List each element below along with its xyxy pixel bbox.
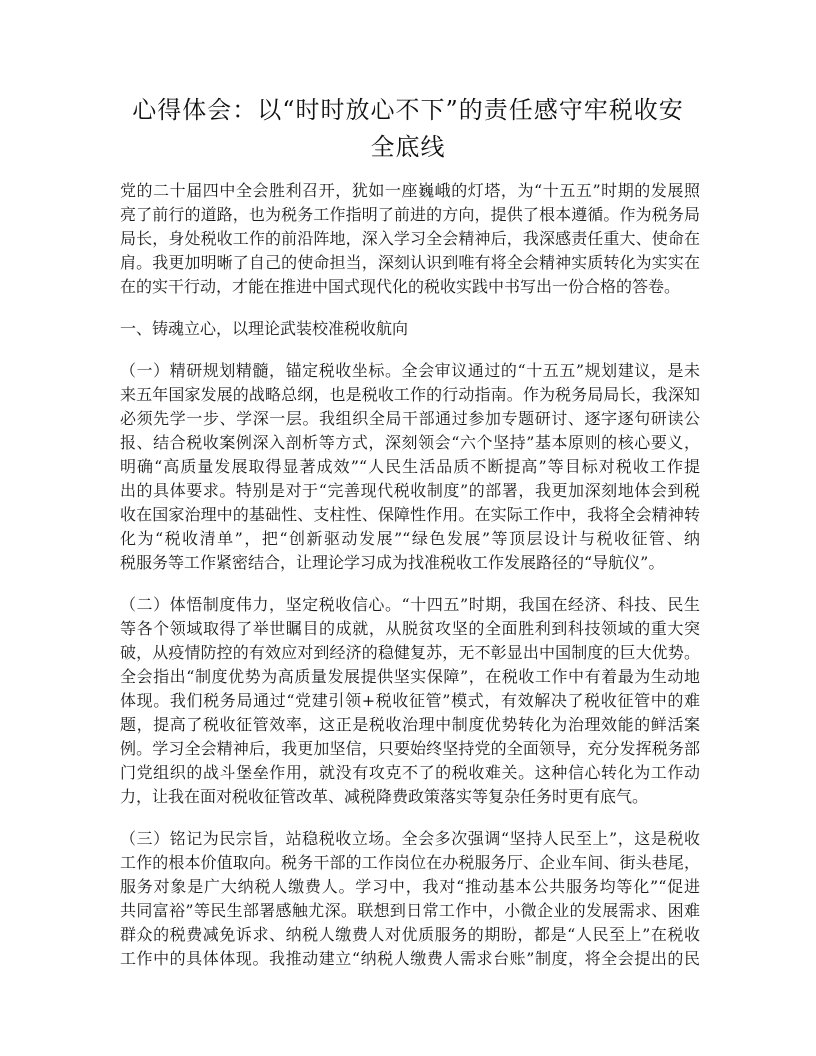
text-line: 破，从疫情防控的有效应对到经济的稳健复苏，无不彰显出中国制度的巨大优势。 (120, 641, 700, 665)
title-line-2: 全底线 (100, 129, 716, 166)
text-line: 力，让我在面对税收征管改革、减税降费政策落实等复杂任务时更有底气。 (120, 785, 700, 809)
text-line: 明确“高质量发展取得显著成效”“人民生活品质不断提高”等目标对税收工作提 (120, 455, 700, 479)
document-title: 心得体会：以“时时放心不下”的责任感守牢税收安 全底线 (100, 92, 716, 166)
text-line: 在的实干行动，才能在推进中国式现代化的税收实践中书写出一份合格的答卷。 (120, 275, 700, 299)
text-line: 出的具体要求。特别是对于“完善现代税收制度”的部署，我更加深刻地体会到税 (120, 479, 700, 503)
text-line: 门党组织的战斗堡垒作用，就没有攻克不了的税收难关。这种信心转化为工作动 (120, 761, 700, 785)
text-line: 共同富裕”等民生部署感触尤深。联想到日常工作中，小微企业的发展需求、困难 (120, 899, 700, 923)
text-line: 群众的税费减免诉求、纳税人缴费人对优质服务的期盼，都是“人民至上”在税收 (120, 923, 700, 947)
text-line: （二）体悟制度伟力，坚定税收信心。“十四五”时期，我国在经济、科技、民生 (120, 593, 700, 617)
text-line: （一）精研规划精髓，锚定税收坐标。全会审议通过的“十五五”规划建议，是未 (120, 359, 700, 383)
subsection-paragraph-1: （一）精研规划精髓，锚定税收坐标。全会审议通过的“十五五”规划建议，是未 来五年… (120, 359, 700, 575)
text-line: 题，提高了税收征管效率，这正是税收治理中制度优势转化为治理效能的鲜活案 (120, 713, 700, 737)
text-line: 必须先学一步、学深一层。我组织全局干部通过参加专题研讨、逐字逐句研读公 (120, 407, 700, 431)
text-line: 亮了前行的道路，也为税务工作指明了前进的方向，提供了根本遵循。作为税务局 (120, 203, 700, 227)
text-line: 体现。我们税务局通过“党建引领+税收征管”模式，有效解决了税收征管中的难 (120, 689, 700, 713)
text-line: 局长，身处税收工作的前沿阵地，深入学习全会精神后，我深感责任重大、使命在 (120, 227, 700, 251)
text-line: 全会指出“制度优势为高质量发展提供坚实保障”，在税收工作中有着最为生动地 (120, 665, 700, 689)
text-line: 工作中的具体体现。我推动建立“纳税人缴费人需求台账”制度，将全会提出的民 (120, 947, 700, 971)
title-line-1: 心得体会：以“时时放心不下”的责任感守牢税收安 (100, 92, 716, 129)
subsection-paragraph-2: （二）体悟制度伟力，坚定税收信心。“十四五”时期，我国在经济、科技、民生 等各个… (120, 593, 700, 809)
intro-paragraph: 党的二十届四中全会胜利召开，犹如一座巍峨的灯塔，为“十五五”时期的发展照 亮了前… (120, 179, 700, 299)
text-line: （三）铭记为民宗旨，站稳税收立场。全会多次强调“坚持人民至上”，这是税收 (120, 827, 700, 851)
text-line: 工作的根本价值取向。税务干部的工作岗位在办税服务厅、企业车间、街头巷尾， (120, 851, 700, 875)
text-line: 收在国家治理中的基础性、支柱性、保障性作用。在实际工作中，我将全会精神转 (120, 503, 700, 527)
document-body: 党的二十届四中全会胜利召开，犹如一座巍峨的灯塔，为“十五五”时期的发展照 亮了前… (120, 179, 700, 989)
text-line: 税服务等工作紧密结合，让理论学习成为找准税收工作发展路径的“导航仪”。 (120, 551, 700, 575)
text-line: 肩。我更加明晰了自己的使命担当，深刻认识到唯有将全会精神实质转化为实实在 (120, 251, 700, 275)
text-line: 化为“税收清单”，把“创新驱动发展”“绿色发展”等顶层设计与税收征管、纳 (120, 527, 700, 551)
section-heading-1: 一、铸魂立心，以理论武装校准税收航向 (120, 317, 700, 341)
text-line: 来五年国家发展的战略总纲，也是税收工作的行动指南。作为税务局局长，我深知 (120, 383, 700, 407)
heading-text: 一、铸魂立心，以理论武装校准税收航向 (120, 317, 700, 341)
text-line: 例。学习全会精神后，我更加坚信，只要始终坚持党的全面领导，充分发挥税务部 (120, 737, 700, 761)
text-line: 党的二十届四中全会胜利召开，犹如一座巍峨的灯塔，为“十五五”时期的发展照 (120, 179, 700, 203)
text-line: 服务对象是广大纳税人缴费人。学习中，我对“推动基本公共服务均等化”“促进 (120, 875, 700, 899)
subsection-paragraph-3: （三）铭记为民宗旨，站稳税收立场。全会多次强调“坚持人民至上”，这是税收 工作的… (120, 827, 700, 971)
text-line: 等各个领域取得了举世瞩目的成就，从脱贫攻坚的全面胜利到科技领域的重大突 (120, 617, 700, 641)
document-page: 心得体会：以“时时放心不下”的责任感守牢税收安 全底线 党的二十届四中全会胜利召… (0, 0, 816, 1056)
text-line: 报、结合税收案例深入剖析等方式，深刻领会“六个坚持”基本原则的核心要义， (120, 431, 700, 455)
